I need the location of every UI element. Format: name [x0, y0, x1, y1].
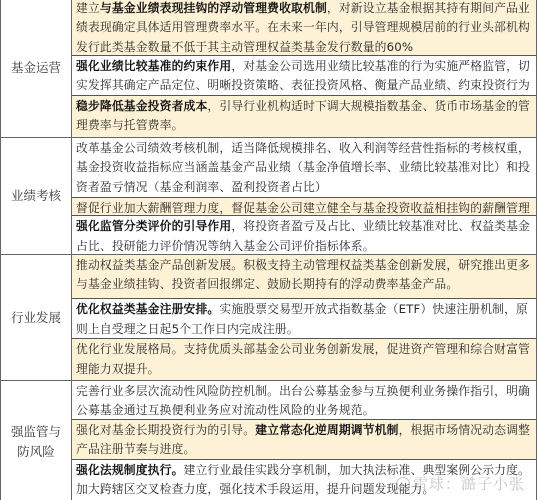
item-text-bold: 建立常态化逆周期调节机制 [255, 423, 398, 437]
section-label: 行业发展 [1, 255, 72, 380]
table-section: 业绩考核改革基金公司绩效考核机制，适当降低规模排名、收入利润等经营性指标的考核权… [1, 138, 536, 255]
policy-item: 优化行业发展格局。支持优质头部基金公司业务创新发展，促进资产管理和综合财富管理能… [72, 339, 536, 380]
item-text-bold: 强化法规制度执行。 [76, 463, 184, 477]
item-text-pre: 优化行业发展格局。支持优质头部基金公司业务创新发展，促进资产管理和综合财富管理能… [76, 342, 530, 375]
section-items: 推动权益类基金产品创新发展。积极支持主动管理权益类基金创新发展，研究推出更多与基… [72, 255, 536, 380]
section-items: 完善行业多层次流动性风险防控机制。出台公募基金参与互换便利业务操作指引，明确公募… [72, 381, 536, 500]
section-items: 改革基金公司绩效考核机制，适当降低规模排名、收入利润等经营性指标的考核权重，基金… [72, 138, 536, 254]
table-section: 基金运营建立与基金业绩表现挂钩的浮动管理费收取机制，对新设立基金根据其持有期间产… [1, 0, 536, 138]
policy-item: 优化权益类基金注册安排。实施股票交易型开放式指数基金（ETF）快速注册机制，原则… [72, 299, 536, 339]
policy-item: 建立与基金业绩表现挂钩的浮动管理费收取机制，对新设立基金根据其持有期间产品业绩表… [72, 0, 536, 56]
policy-item: 强化法规制度执行。建立行业最佳实践分享机制，加大执法标准、典型案例公示力度。加大… [72, 460, 536, 500]
section-label: 强监管与防风险 [1, 381, 72, 500]
section-items: 建立与基金业绩表现挂钩的浮动管理费收取机制，对新设立基金根据其持有期间产品业绩表… [72, 0, 536, 137]
policy-item: 强化监管分类评价的引导作用，将投资者盈亏及占比、业绩比较基准对比、权益类基金占比… [72, 216, 536, 254]
item-text-bold: 与基金业绩表现挂钩的浮动管理费收取机制 [100, 1, 327, 15]
policy-item: 推动权益类基金产品创新发展。积极支持主动管理权益类基金创新发展，研究推出更多与基… [72, 255, 536, 299]
item-text-pre: 推动权益类基金产品创新发展。积极支持主动管理权益类基金创新发展，研究推出更多与基… [76, 258, 530, 291]
policy-table: 基金运营建立与基金业绩表现挂钩的浮动管理费收取机制，对新设立基金根据其持有期间产… [0, 0, 537, 500]
item-text-bold: 优化权益类基金注册安排。 [76, 302, 219, 316]
section-label: 基金运营 [1, 0, 72, 137]
policy-item: 强化对基金长期投资行为的引导。建立常态化逆周期调节机制，根据市场情况动态调整产品… [72, 420, 536, 460]
item-text-pre: 建立 [76, 1, 100, 15]
policy-item: 完善行业多层次流动性风险防控机制。出台公募基金参与互换便利业务操作指引，明确公募… [72, 381, 536, 420]
section-label: 业绩考核 [1, 138, 72, 254]
item-text-pre: 强化对基金长期投资行为的引导。 [76, 423, 255, 437]
policy-item: 稳步降低基金投资者成本，引导行业机构适时下调大规模指数基金、货币市场基金的管理费… [72, 96, 536, 137]
item-text-pre: 完善行业多层次流动性风险防控机制。出台公募基金参与互换便利业务操作指引，明确公募… [76, 384, 530, 417]
table-section: 行业发展推动权益类基金产品创新发展。积极支持主动管理权益类基金创新发展，研究推出… [1, 255, 536, 381]
policy-item: 督促行业加大薪酬管理力度，督促基金公司建立健全与基金投资收益相挂钩的薪酬管理机制… [72, 198, 536, 216]
item-text-bold: 强化监管分类评价的引导作用 [76, 219, 231, 233]
item-text-pre: 改革基金公司绩效考核机制，适当降低规模排名、收入利润等经营性指标的考核权重，基金… [76, 141, 530, 194]
policy-item: 强化业绩比较基准的约束作用，对基金公司选用业绩比较基准的行为实施严格监管，切实发… [72, 56, 536, 96]
item-text-bold: 强化业绩比较基准的约束作用 [76, 59, 231, 73]
table-section: 强监管与防风险完善行业多层次流动性风险防控机制。出台公募基金参与互换便利业务操作… [1, 381, 536, 500]
policy-item: 改革基金公司绩效考核机制，适当降低规模排名、收入利润等经营性指标的考核权重，基金… [72, 138, 536, 198]
item-text-bold: 稳步降低基金投资者成本 [76, 99, 207, 113]
